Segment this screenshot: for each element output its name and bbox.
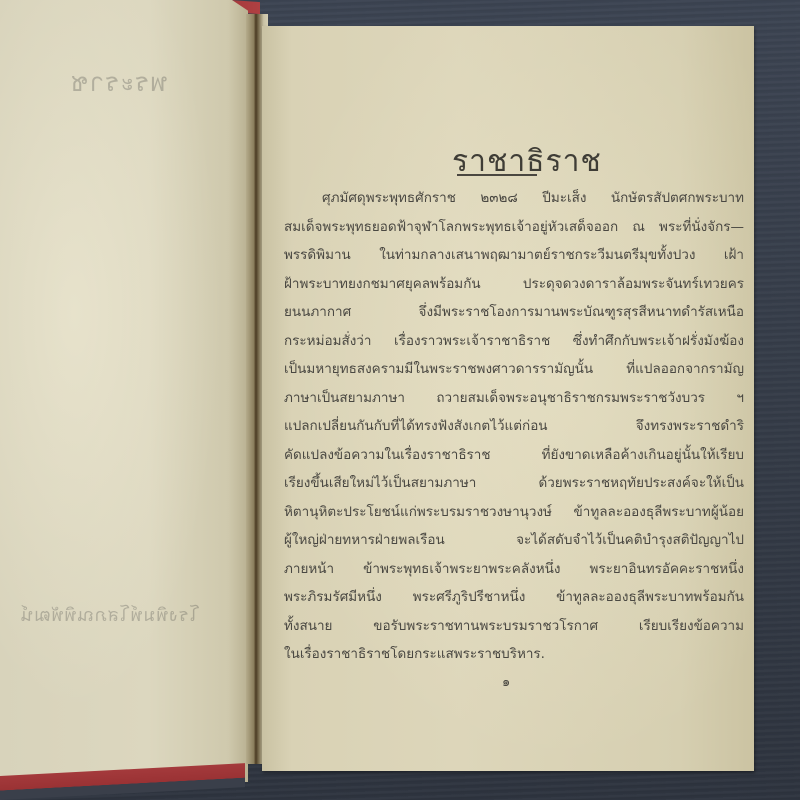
text-line: แปลกเปลี่ยนกันกับที่ได้ทรงฟังสังเกตไว้แต… (284, 412, 744, 441)
right-page: ราชาธิราช ศุภมัศดุพระพุทธศักราช ๒๓๒๘ ปีม… (262, 26, 754, 771)
text-line: ภาษาเป็นสยามภาษา ถวายสมเด็จพระอนุชาธิราช… (284, 384, 744, 413)
text-line: ผู้ใหญ่ฝ่ายทหารฝ่ายพลเรือน จะได้สดับจำไว… (284, 526, 744, 555)
text-line: ฝ้าพระบาทยงกชมาศยุคลพร้อมกัน ประดุจดวงดา… (284, 270, 744, 299)
text-line: เป็นมหายุทธสงครามมีในพระราชพงศาวดารรามัญ… (284, 355, 744, 384)
chapter-title: ราชาธิราช (452, 138, 592, 185)
text-line: หิตานุหิตะประโยชน์แก่พระบรมราชวงษานุวงษ์… (284, 498, 744, 527)
text-line: เรียงขึ้นเสียใหม่ไว้เป็นสยามภาษา ด้วยพระ… (284, 469, 744, 498)
text-line: ยนนภากาศ จึ่งมีพระราชโองการมานพระบัณฑูรส… (284, 298, 744, 327)
text-line: ทั้งสนาย ขอรับพระราชทานพระบรมราชวโรกาศ เ… (284, 612, 744, 641)
title-underline (457, 174, 537, 176)
text-line: สมเด็จพระพุทธยอดฟ้าจุฬาโลกพระพุทธเจ้าอยู… (284, 213, 744, 242)
text-line: พรรดิพิมาน ในท่ามกลางเสนาพฤฒามาตย์ราชกระ… (284, 241, 744, 270)
text-line: ในเรื่องราชาธิราชโดยกระแสพระราชบริหาร. (284, 640, 744, 669)
left-page: พระราช โรงพิมพ์โสภณพิพัฒน์ (0, 0, 248, 782)
text-line: ศุภมัศดุพระพุทธศักราช ๒๓๒๘ ปีมะเส็ง นักษ… (284, 184, 744, 213)
show-through-text-bottom: โรงพิมพ์โสภณพิพัฒน์ (20, 600, 199, 629)
text-line: กระหม่อมสั่งว่า เรื่องราวพระเจ้าราชาธิรา… (284, 327, 744, 356)
text-line: คัดแปลงข้อความในเรื่องราชาธิราช ที่ยังขา… (284, 441, 744, 470)
text-line: พระภิรมรัศมีหนึ่ง พระศรีภูริปรีชาหนึ่ง ข… (284, 583, 744, 612)
page-number: ๑ (502, 671, 510, 692)
body-text: ศุภมัศดุพระพุทธศักราช ๒๓๒๘ ปีมะเส็ง นักษ… (284, 184, 744, 669)
text-line: ภายหน้า ข้าพระพุทธเจ้าพระยาพระคลังหนึ่ง … (284, 555, 744, 584)
show-through-text-top: พระราช (70, 62, 167, 103)
